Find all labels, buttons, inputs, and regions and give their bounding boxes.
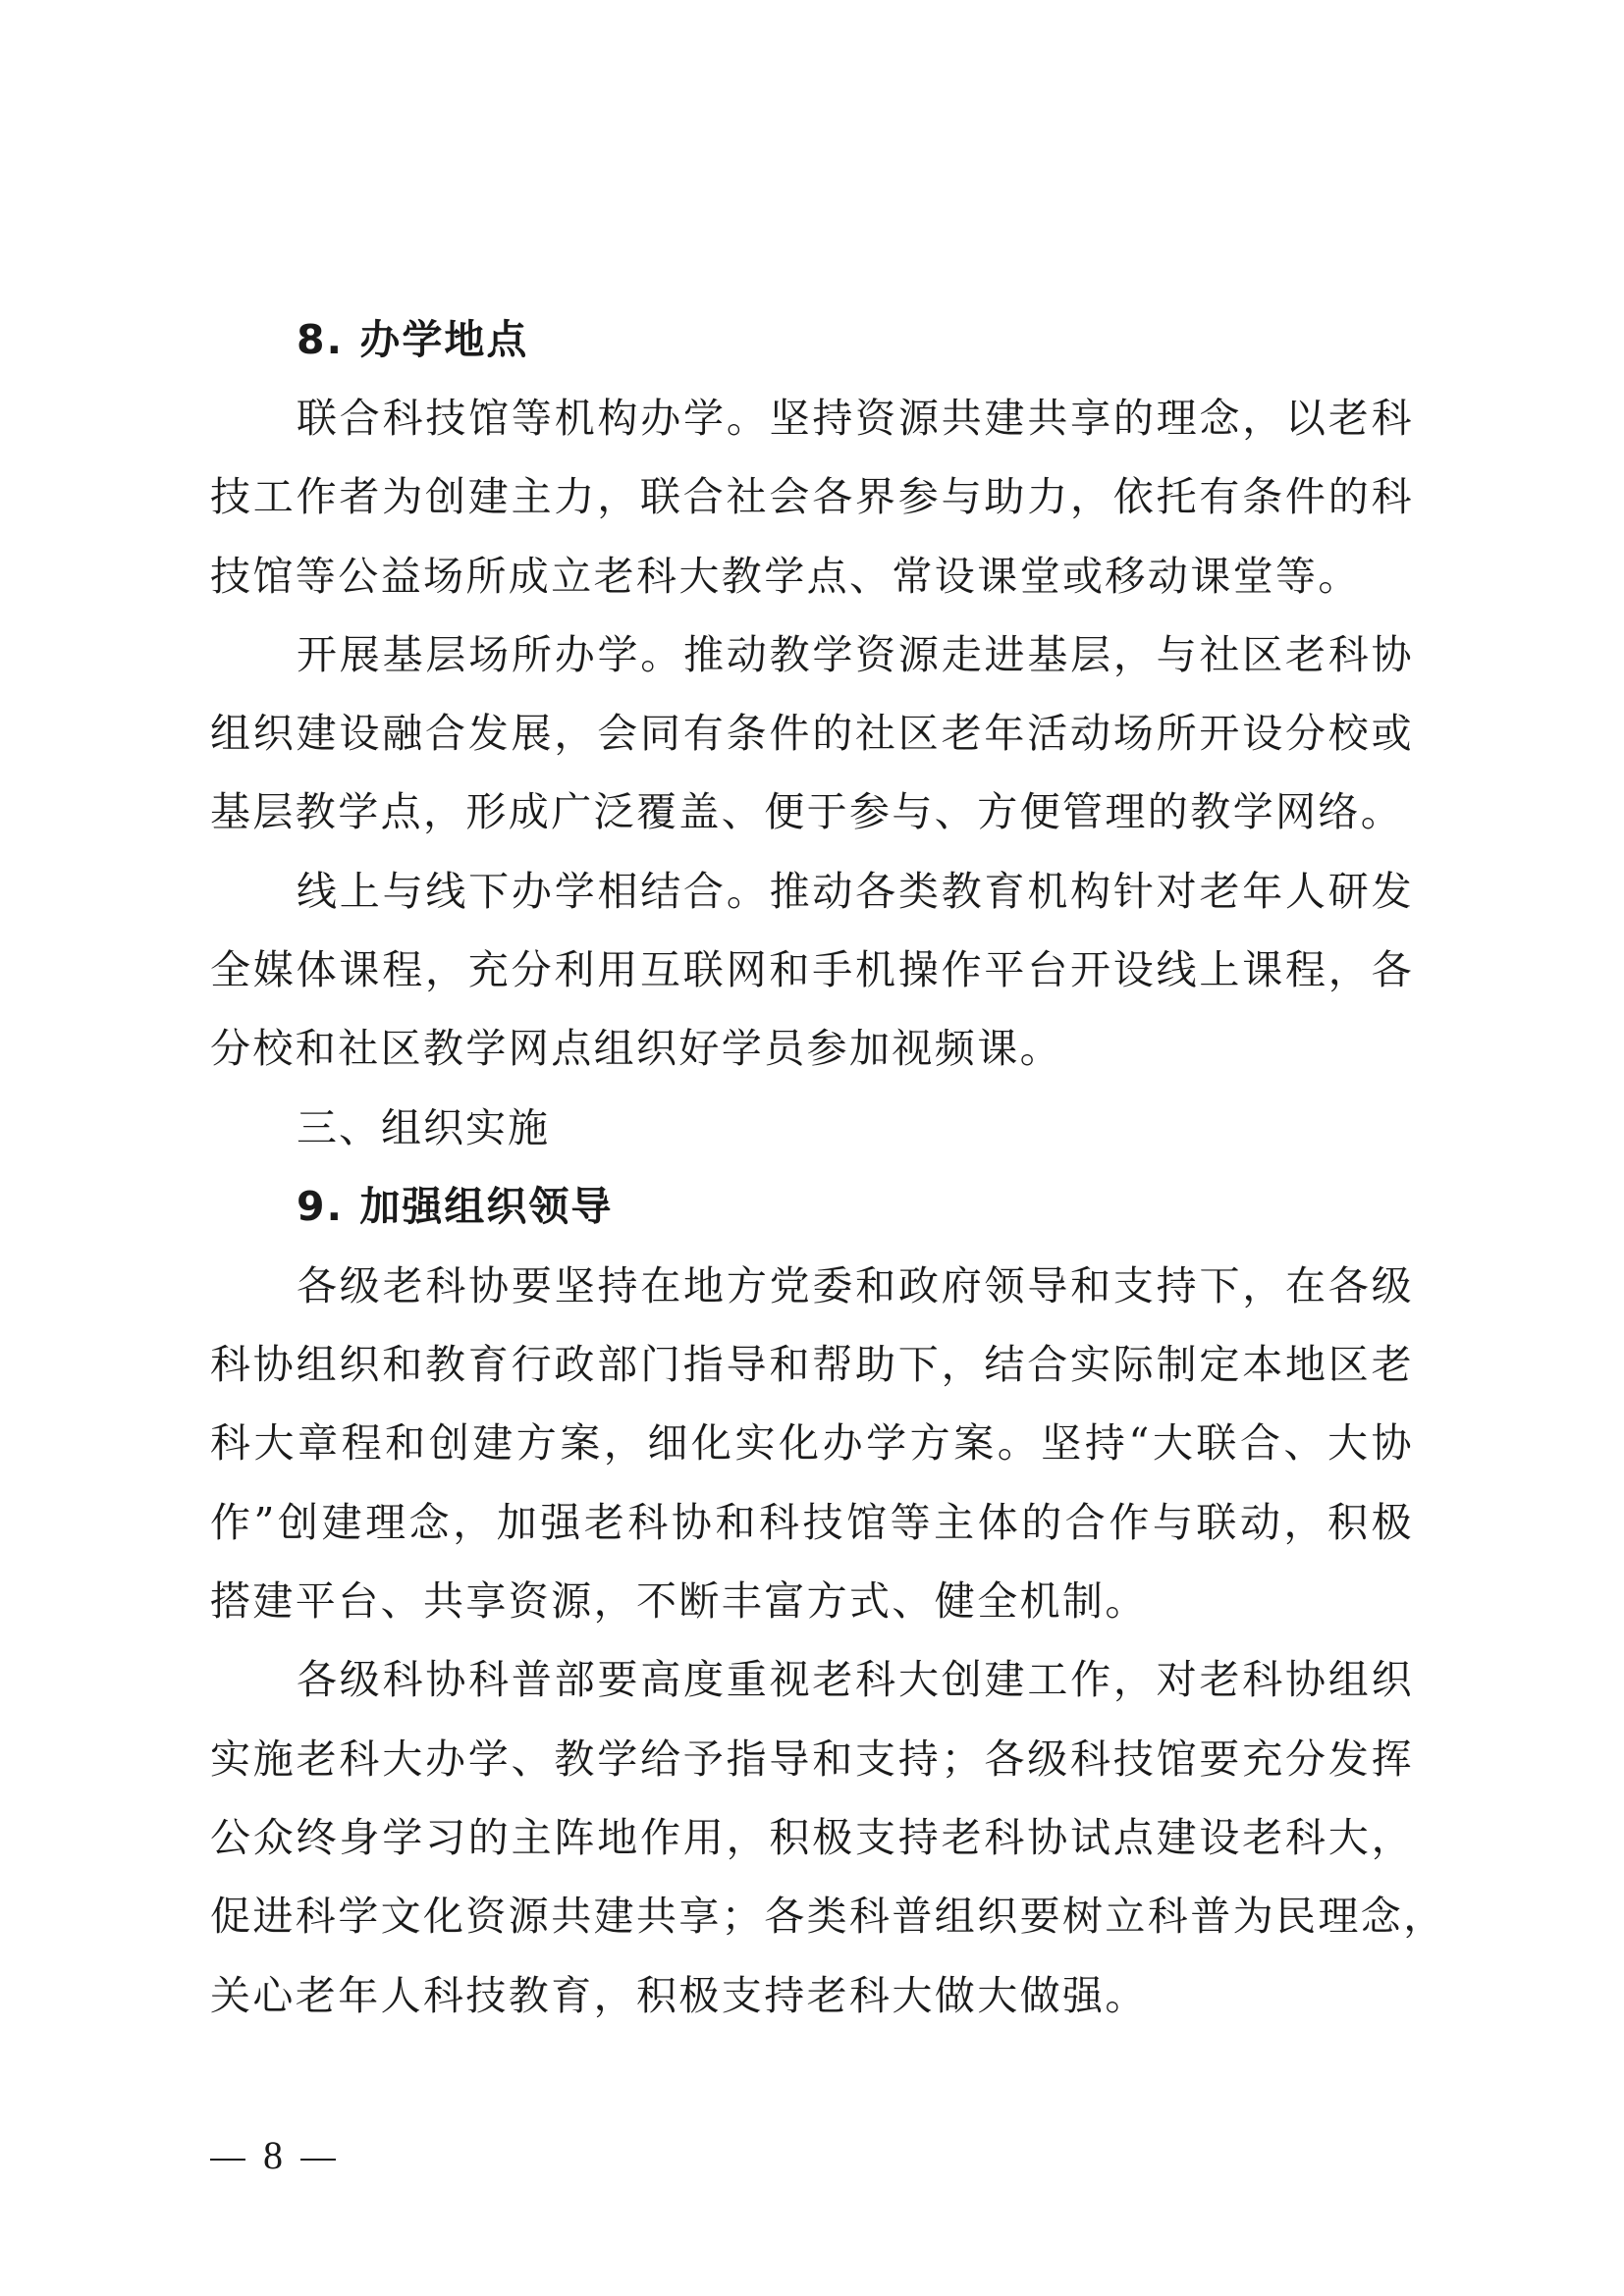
dash-right (300, 2159, 336, 2161)
section-heading-8: 8. 办学地点 (297, 316, 528, 363)
paragraph-line: 实施老科大办学、教学给予指导和支持；各级科技馆要充分发挥 (210, 1735, 1414, 1783)
paragraph-line: 科协组织和教育行政部门指导和帮助下，结合实际制定本地区老 (210, 1341, 1414, 1388)
paragraph-line: 技工作者为创建主力，联合社会各界参与助力，依托有条件的科 (210, 473, 1414, 520)
paragraph-line: 全媒体课程，充分利用互联网和手机操作平台开设线上课程，各 (210, 946, 1414, 993)
paragraph-line: 关心老年人科技教育，积极支持老科大做大做强。 (210, 1972, 1414, 2019)
paragraph-line: 基层教学点，形成广泛覆盖、便于参与、方便管理的教学网络。 (210, 788, 1414, 835)
paragraph-line: 分校和社区教学网点组织好学员参加视频课。 (210, 1025, 1414, 1072)
paragraph-line: 促进科学文化资源共建共享；各类科普组织要树立科普为民理念， (210, 1893, 1414, 1940)
section-heading-9: 9. 加强组织领导 (297, 1183, 613, 1230)
paragraph-line: 线上与线下办学相结合。推动各类教育机构针对老年人研发 (297, 868, 1414, 915)
paragraph-line: 各级老科协要坚持在地方党委和政府领导和支持下，在各级 (297, 1262, 1414, 1309)
paragraph-line: 作”创建理念，加强老科协和科技馆等主体的合作与联动，积极 (210, 1499, 1414, 1546)
paragraph-line: 搭建平台、共享资源，不断丰富方式、健全机制。 (210, 1577, 1414, 1625)
paragraph-line: 各级科协科普部要高度重视老科大创建工作，对老科协组织 (297, 1656, 1414, 1703)
dash-left (210, 2159, 245, 2161)
paragraph-line: 联合科技馆等机构办学。坚持资源共建共享的理念，以老科 (297, 395, 1414, 442)
page-footer: 8 (210, 2132, 336, 2179)
paragraph-line: 科大章程和创建方案，细化实化办学方案。坚持“大联合、大协 (210, 1419, 1414, 1467)
page-number: 8 (263, 2132, 283, 2179)
paragraph-line: 组织建设融合发展，会同有条件的社区老年活动场所开设分校或 (210, 710, 1414, 757)
document-page: 8. 办学地点 联合科技馆等机构办学。坚持资源共建共享的理念，以老科 技工作者为… (0, 0, 1624, 2296)
paragraph-line: 公众终身学习的主阵地作用，积极支持老科协试点建设老科大， (210, 1814, 1414, 1861)
part-heading-3: 三、组织实施 (297, 1104, 550, 1151)
paragraph-line: 开展基层场所办学。推动教学资源走进基层，与社区老科协 (297, 631, 1414, 678)
paragraph-line: 技馆等公益场所成立老科大教学点、常设课堂或移动课堂等。 (210, 553, 1414, 600)
